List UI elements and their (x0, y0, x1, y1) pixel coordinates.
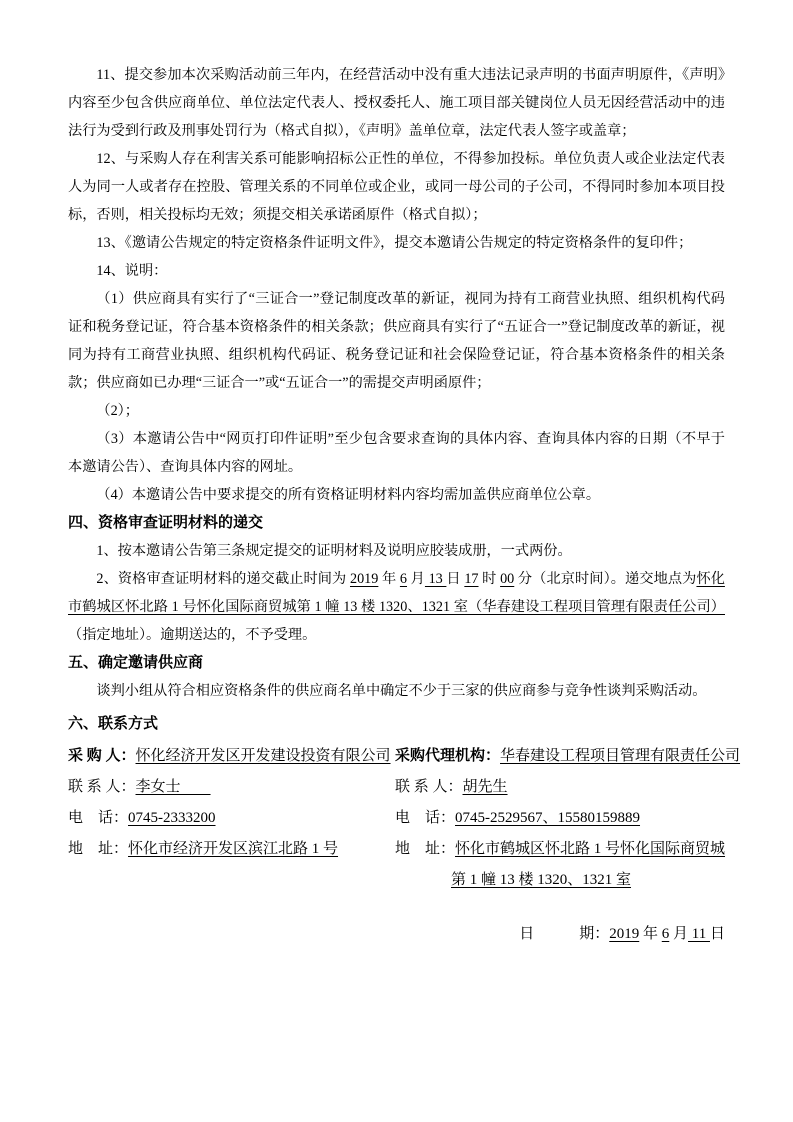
agency-label: 采购代理机构： (395, 748, 500, 764)
text-run: （2）； (96, 403, 139, 419)
text-run: 1、按本邀请公告第三条规定提交的证明材料及说明应胶装成册，一式两份。 (96, 543, 571, 559)
paragraph: （3）本邀请公告中“网页打印件证明”至少包含要求查询的具体内容、查询具体内容的日… (68, 425, 725, 481)
address-label: 地 址： (68, 841, 128, 857)
paragraph: 谈判小组从符合相应资格条件的供应商名单中确定不少于三家的供应商参与竞争性谈判采购… (68, 677, 725, 705)
date-line: 日 期：2019 年 6 月 11 日 (68, 920, 725, 948)
paragraph: 13、《邀请公告规定的特定资格条件证明文件》，提交本邀请公告规定的特定资格条件的… (68, 229, 725, 257)
underlined-text-run: 2019 (609, 926, 639, 942)
date-value: 2019 年 6 月 11 日 (609, 926, 725, 942)
text-run: 13、《邀请公告规定的特定资格条件证明文件》，提交本邀请公告规定的特定资格条件的… (96, 235, 692, 251)
text-run: 11、提交参加本次采购活动前三年内，在经营活动中没有重大违法记录声明的书面声明原… (68, 67, 725, 139)
section-heading: 四、资格审查证明材料的递交 (68, 509, 725, 537)
address-label: 地 址： (395, 841, 455, 857)
text-run: 时 (479, 571, 501, 587)
contact-person-label: 联 系 人： (68, 779, 136, 795)
text-run: 2、资格审查证明材料的递交截止时间为 (96, 571, 350, 587)
paragraph: （2）； (68, 397, 725, 425)
phone-label: 电 话： (395, 810, 455, 826)
paragraph: 12、与采购人存在利害关系可能影响招标公正性的单位，不得参加投标。单位负责人或企… (68, 145, 725, 229)
text-run: 月 (407, 571, 425, 587)
underlined-text-run: 11 (688, 926, 710, 942)
text-run: 五、确定邀请供应商 (68, 655, 203, 671)
agency-name: 华春建设工程项目管理有限责任公司 (500, 748, 740, 764)
section-heading: 六、联系方式 (68, 710, 725, 738)
purchaser-label: 采 购 人： (68, 748, 136, 764)
contact-section: 采 购 人：怀化经济开发区开发建设投资有限公司 联 系 人：李女士 电 话：07… (68, 741, 725, 896)
underlined-text-run: 00 (500, 571, 514, 587)
text-run: 四、资格审查证明材料的递交 (68, 515, 263, 531)
text-run: 谈判小组从符合相应资格条件的供应商名单中确定不少于三家的供应商参与竞争性谈判采购… (96, 683, 706, 699)
text-run: （1）供应商具有实行了“三证合一”登记制度改革的新证，视同为持有工商营业执照、组… (68, 291, 725, 391)
date-label: 日 期： (519, 926, 609, 942)
contact-person-name: 胡先生 (463, 779, 508, 795)
contact-row-purchaser: 采 购 人：怀化经济开发区开发建设投资有限公司 (68, 741, 395, 772)
paragraph: 1、按本邀请公告第三条规定提交的证明材料及说明应胶装成册，一式两份。 (68, 537, 725, 565)
phone-label: 电 话： (68, 810, 128, 826)
text-run: 分（北京时间）。递交地点为 (514, 571, 696, 587)
text-run: 日 (710, 926, 725, 942)
contact-row-agency: 采购代理机构：华春建设工程项目管理有限责任公司 (395, 741, 725, 772)
text-run: （指定地址）。逾期送达的，不予受理。 (68, 627, 316, 643)
text-run: 月 (669, 926, 688, 942)
contact-person-name: 李女士 (136, 779, 211, 795)
agency-column: 采购代理机构：华春建设工程项目管理有限责任公司 联 系 人：胡先生 电 话：07… (395, 741, 725, 896)
contact-row-contact-person: 联 系 人：李女士 (68, 772, 395, 803)
paragraph: （1）供应商具有实行了“三证合一”登记制度改革的新证，视同为持有工商营业执照、组… (68, 285, 725, 397)
contact-row-contact-person: 联 系 人：胡先生 (395, 772, 725, 803)
document-page: 11、提交参加本次采购活动前三年内，在经营活动中没有重大违法记录声明的书面声明原… (0, 0, 793, 1122)
purchaser-column: 采 购 人：怀化经济开发区开发建设投资有限公司 联 系 人：李女士 电 话：07… (68, 741, 395, 896)
document-body: 11、提交参加本次采购活动前三年内，在经营活动中没有重大违法记录声明的书面声明原… (68, 61, 725, 738)
address-value: 怀化市经济开发区滨江北路 1 号 (128, 841, 338, 857)
paragraph: 14、说明： (68, 257, 725, 285)
phone-number: 0745-2529567、15580159889 (455, 810, 640, 826)
paragraph: 11、提交参加本次采购活动前三年内，在经营活动中没有重大违法记录声明的书面声明原… (68, 61, 725, 145)
text-run: （4）本邀请公告中要求提交的所有资格证明材料内容均需加盖供应商单位公章。 (96, 487, 600, 503)
address-value-line1: 怀化市鹤城区怀北路 1 号怀化国际商贸城 (455, 841, 725, 857)
section-heading: 五、确定邀请供应商 (68, 649, 725, 677)
text-run: （3）本邀请公告中“网页打印件证明”至少包含要求查询的具体内容、查询具体内容的日… (68, 431, 725, 475)
text-run: 年 (639, 926, 662, 942)
contact-row-phone: 电 话：0745-2529567、15580159889 (395, 803, 725, 834)
underlined-text-run: 17 (464, 571, 478, 587)
underlined-text-run: 13 (425, 571, 446, 587)
contact-row-address-line2: 第 1 幢 13 楼 1320、1321 室 (395, 865, 725, 896)
contact-row-phone: 电 话：0745-2333200 (68, 803, 395, 834)
underlined-text-run: 6 (400, 571, 407, 587)
phone-number: 0745-2333200 (128, 810, 216, 826)
contact-row-address: 地 址：怀化市鹤城区怀北路 1 号怀化国际商贸城 (395, 834, 725, 865)
underlined-text-run: 2019 (350, 571, 378, 587)
purchaser-name: 怀化经济开发区开发建设投资有限公司 (136, 748, 391, 764)
text-run: 年 (378, 571, 400, 587)
contact-row-address: 地 址：怀化市经济开发区滨江北路 1 号 (68, 834, 395, 865)
paragraph: （4）本邀请公告中要求提交的所有资格证明材料内容均需加盖供应商单位公章。 (68, 481, 725, 509)
address-value-line2: 第 1 幢 13 楼 1320、1321 室 (451, 872, 631, 888)
text-run: 14、说明： (96, 263, 167, 279)
text-run: 日 (446, 571, 464, 587)
text-run: 12、与采购人存在利害关系可能影响招标公正性的单位，不得参加投标。单位负责人或企… (68, 151, 725, 223)
contact-person-label: 联 系 人： (395, 779, 463, 795)
text-run: 六、联系方式 (68, 716, 158, 732)
paragraph: 2、资格审查证明材料的递交截止时间为 2019 年 6 月 13 日 17 时 … (68, 565, 725, 649)
